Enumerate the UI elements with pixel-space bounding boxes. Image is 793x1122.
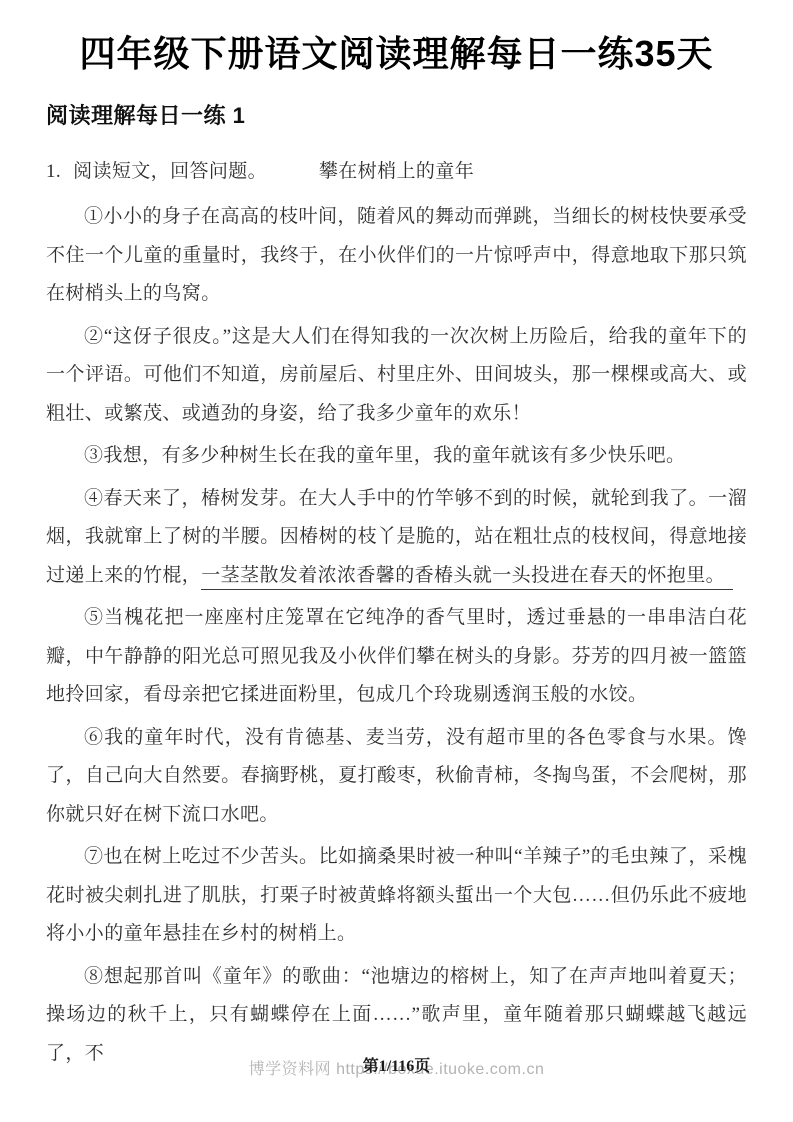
article-paragraph: ⑤当槐花把一座座村庄笼罩在它纯净的香气里时，透过垂悬的一串串洁白花瓣，中午静静的…	[46, 599, 747, 715]
page-footer: 博学资料网 https://boxue.ituoke.com.cn 第1/116…	[0, 1056, 793, 1090]
article-paragraph: ③我想，有多少种树生长在我的童年里，我的童年就该有多少快乐吧。	[46, 437, 747, 476]
article-paragraph: ②“这伢子很皮。”这是大人们在得知我的一次次树上历险后，给我的童年下的一个评语。…	[46, 318, 747, 434]
article-paragraph: ⑥我的童年时代，没有肯德基、麦当劳，没有超市里的各色零食与水果。馋了，自己向大自…	[46, 719, 747, 835]
document-title: 四年级下册语文阅读理解每日一练35天	[46, 32, 747, 75]
underlined-sentence: 一茎茎散发着浓浓香馨的香椿头就一头投进在春天的怀抱里。	[201, 565, 733, 590]
article-paragraph: ⑦也在树上吃过不少苦头。比如摘桑果时被一种叫“羊辣子”的毛虫辣了，采槐花时被尖刺…	[46, 838, 747, 954]
article-body: ①小小的身子在高高的枝叶间，随着风的舞动而弹跳，当细长的树枝快要承受不住一个儿童…	[46, 198, 747, 1073]
question-number: 1.	[46, 161, 61, 182]
article-paragraph: ①小小的身子在高高的枝叶间，随着风的舞动而弹跳，当细长的树枝快要承受不住一个儿童…	[46, 198, 747, 314]
document-page: 四年级下册语文阅读理解每日一练35天 阅读理解每日一练 1 1.阅读短文，回答问…	[0, 0, 793, 1122]
article-paragraph: ④春天来了，椿树发芽。在大人手中的竹竿够不到的时候，就轮到我了。一溜烟，我就窜上…	[46, 480, 747, 596]
question-line: 1.阅读短文，回答问题。 攀在树梢上的童年	[46, 156, 747, 186]
watermark-text: 博学资料网 https://boxue.ituoke.com.cn	[249, 1061, 545, 1078]
question-prompt: 阅读短文，回答问题。	[73, 161, 267, 182]
section-heading: 阅读理解每日一练 1	[46, 99, 747, 130]
